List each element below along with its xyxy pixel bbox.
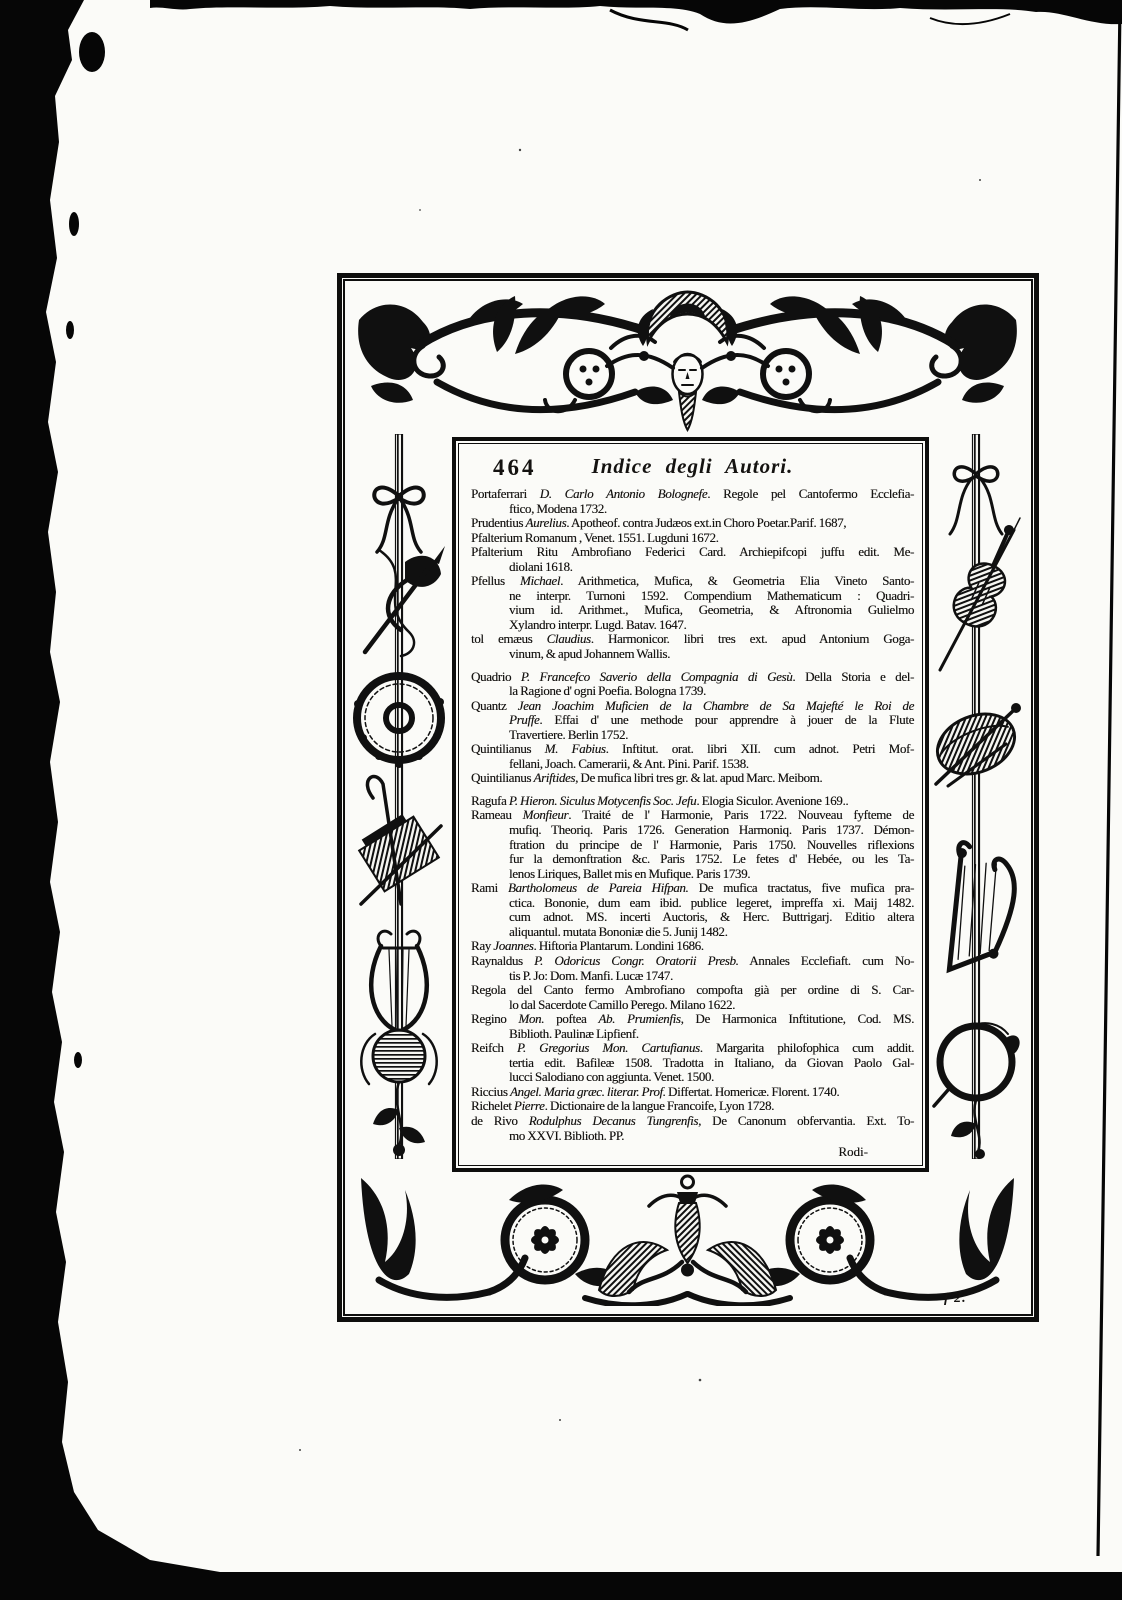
page-number: 464 <box>493 455 537 481</box>
entry-line: lo dal Sacerdote Camillo Perego. Milano … <box>471 998 914 1013</box>
entry-line: diolani 1618. <box>471 560 914 575</box>
entry-line: cum adnot. MS. incerti Auctoris, & Herc.… <box>471 910 914 925</box>
entry-line: Reifch P. Gregorius Mon. Cartufianus. Ma… <box>471 1041 914 1056</box>
page-title: Indice degli Autori. <box>471 452 914 479</box>
entry-line: Biblioth. Paulinæ Lipfienf. <box>471 1027 914 1042</box>
entry-line: tol emæus Claudius. Harmonicor. libri tr… <box>471 632 914 647</box>
index-entry: Pfalterium Romanum , Venet. 1551. Lugdun… <box>471 531 914 546</box>
index-entry: Riccius Angel. Maria græc. literar. Prof… <box>471 1085 914 1100</box>
entry-line: vinum, & apud Johannem Wallis. <box>471 647 914 662</box>
entry-line: vium id. Arithmet., Mufica, Geometria, &… <box>471 603 914 618</box>
index-entry: Raynaldus P. Odoricus Congr. Oratorii Pr… <box>471 954 914 983</box>
page-header: 464 Indice degli Autori. <box>471 452 914 484</box>
entry-line: la Ragione d' ogni Poefia. Bologna 1739. <box>471 684 914 699</box>
engraver-signature: f 2. <box>944 1291 967 1307</box>
top-border-engraving <box>349 290 1026 432</box>
entry-line: Quadrio P. Francefco Saverio della Compa… <box>471 670 914 685</box>
entry-line: Regola del Canto fermo Ambrofiano compof… <box>471 983 914 998</box>
entry-line: ftico, Modena 1732. <box>471 502 914 517</box>
entry-line: ne interpr. Turnoni 1592. Compendium Mat… <box>471 589 914 604</box>
entry-line: ftration du principe de l' Harmonie, Par… <box>471 838 914 853</box>
entry-line: Ragufa P. Hieron. Siculus Motycenfis Soc… <box>471 794 914 809</box>
finial-urn-icon <box>629 1176 746 1292</box>
entry-line: Pfalterium Romanum , Venet. 1551. Lugdun… <box>471 531 914 546</box>
entry-line: fellani, Joach. Camerarii, & Ant. Pini. … <box>471 757 914 772</box>
right-border-instrument-trophy <box>926 434 1026 1159</box>
catchword: Rodi- <box>471 1144 914 1159</box>
index-entry: Ragufa P. Hieron. Siculus Motycenfis Soc… <box>471 794 914 809</box>
top-edge-smudge <box>150 0 1122 24</box>
entry-line: tertia edit. Bafileæ 1508. Tradotta in I… <box>471 1056 914 1071</box>
entry-line: de Rivo Rodulphus Decanus Tungrenfis, De… <box>471 1114 914 1129</box>
index-entry: Quadrio P. Francefco Saverio della Compa… <box>471 670 914 699</box>
index-entry: Rami Bartholomeus de Pareia Hifpan. De m… <box>471 881 914 939</box>
page-scan: 464 Indice degli Autori. Portaferrari D.… <box>0 0 1122 1600</box>
entry-line: Prudentius Aurelius. Apotheof. contra Ju… <box>471 516 914 531</box>
index-entry: Reifch P. Gregorius Mon. Cartufianus. Ma… <box>471 1041 914 1085</box>
entry-line: Rameau Monfieur. Traité de l' Harmonie, … <box>471 808 914 823</box>
entry-line: fur la demonftration &c. Paris 1752. Le … <box>471 852 914 867</box>
entry-line: Pfalterium Ritu Ambrofiano Federici Card… <box>471 545 914 560</box>
entry-line: Xylandro interpr. Lugd. Batav. 1647. <box>471 618 914 633</box>
index-entry: Pfalterium Ritu Ambrofiano Federici Card… <box>471 545 914 574</box>
entry-line: Quantz Jean Joachim Muficien de la Chamb… <box>471 699 914 714</box>
page-edge-line <box>1098 6 1120 1556</box>
entry-line: lenos Liriques, Ballet mis en Mufique. P… <box>471 867 914 882</box>
entry-line: Regino Mon. poftea Ab. Prumienfis, De Ha… <box>471 1012 914 1027</box>
left-border-instrument-trophy <box>349 434 449 1159</box>
entry-line: Portaferrari D. Carlo Antonio Bolognefe.… <box>471 487 914 502</box>
index-entry: Pfellus Michael. Arithmetica, Mufica, & … <box>471 574 914 632</box>
index-entry: Ray Joannes. Hiftoria Plantarum. Londini… <box>471 939 914 954</box>
index-entry: Quintilianus M. Fabius. Inftitut. orat. … <box>471 742 914 771</box>
index-entry: Quintilianus Ariftides, De mufica libri … <box>471 771 914 786</box>
entry-line: mufiq. Theoriq. Paris 1726. Generation H… <box>471 823 914 838</box>
rosette-icon <box>531 1226 560 1255</box>
index-entry: Prudentius Aurelius. Apotheof. contra Ju… <box>471 516 914 531</box>
index-entry: Regino Mon. poftea Ab. Prumienfis, De Ha… <box>471 1012 914 1041</box>
entry-line: Quintilianus Ariftides, De mufica libri … <box>471 771 914 786</box>
index-entry: Rameau Monfieur. Traité de l' Harmonie, … <box>471 808 914 881</box>
index-entry: Richelet Pierre. Dictionaire de la langu… <box>471 1099 914 1114</box>
entry-line: Pruffe. Effai d' une methode pour appren… <box>471 713 914 728</box>
entry-line: Rami Bartholomeus de Pareia Hifpan. De m… <box>471 881 914 896</box>
entry-line: mo XXVI. Biblioth. PP. <box>471 1129 914 1144</box>
index-entry: Regola del Canto fermo Ambrofiano compof… <box>471 983 914 1012</box>
bottom-border-engraving <box>349 1170 1026 1306</box>
index-entry: de Rivo Rodulphus Decanus Tungrenfis, De… <box>471 1114 914 1143</box>
entry-line: ctica. Bononie, dum eam ibid. publice le… <box>471 896 914 911</box>
entry-line: Quintilianus M. Fabius. Inftitut. orat. … <box>471 742 914 757</box>
entry-line: Ray Joannes. Hiftoria Plantarum. Londini… <box>471 939 914 954</box>
entry-line: tis P. Jo: Dom. Manfi. Lucæ 1747. <box>471 969 914 984</box>
entry-line: Raynaldus P. Odoricus Congr. Oratorii Pr… <box>471 954 914 969</box>
text-box: 464 Indice degli Autori. Portaferrari D.… <box>452 437 929 1172</box>
index-entry: Quantz Jean Joachim Muficien de la Chamb… <box>471 699 914 743</box>
index-entry: tol emæus Claudius. Harmonicor. libri tr… <box>471 632 914 661</box>
index-entry: Portaferrari D. Carlo Antonio Bolognefe.… <box>471 487 914 516</box>
mascaron-face-icon <box>607 292 768 430</box>
entry-line: Richelet Pierre. Dictionaire de la langu… <box>471 1099 914 1114</box>
entries-list: Portaferrari D. Carlo Antonio Bolognefe.… <box>471 487 914 1143</box>
entry-line: Travertiere. Berlin 1752. <box>471 728 914 743</box>
violin-icon <box>948 517 1026 633</box>
entry-line: aliquantul. mutata Bononiæ die 5. Junij … <box>471 925 914 940</box>
entry-line: Riccius Angel. Maria græc. literar. Prof… <box>471 1085 914 1100</box>
entry-line: lucci Salodiano con aggiunta. Venet. 150… <box>471 1070 914 1085</box>
entry-line: Pfellus Michael. Arithmetica, Mufica, & … <box>471 574 914 589</box>
